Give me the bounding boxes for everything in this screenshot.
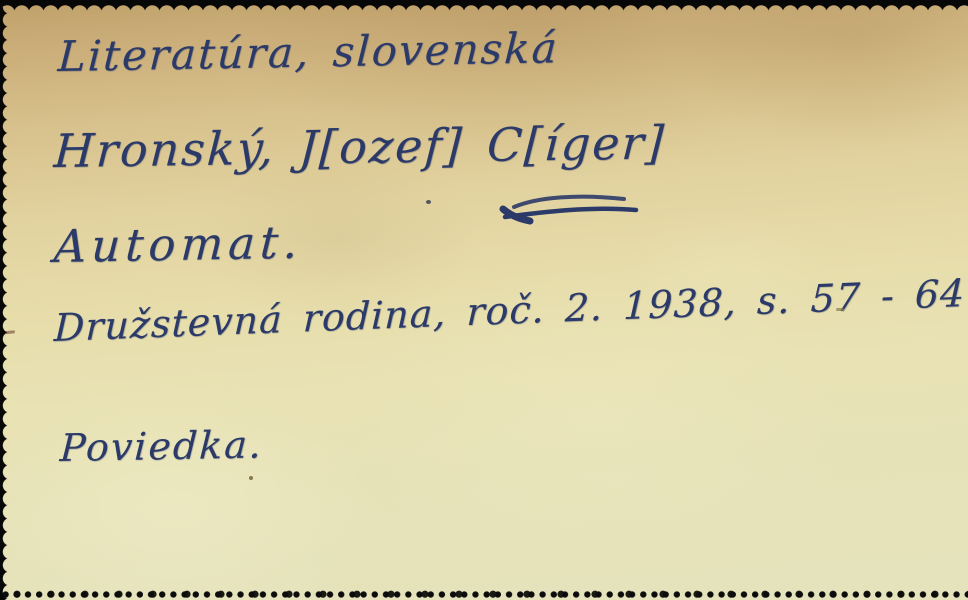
perforation-holes-bottom: [0, 590, 968, 599]
perforated-top-edge: [0, 0, 968, 13]
catalog-card-scan: Literatúra, slovenská Hronský, J[ozef] C…: [0, 0, 968, 600]
genre-line: Poviedka.: [59, 422, 264, 470]
subject-heading-line: Literatúra, slovenská: [57, 23, 560, 81]
paper-speck: [249, 476, 253, 480]
title-line: Automat.: [53, 216, 304, 273]
paper-speck: [836, 308, 844, 311]
perforated-left-edge: [0, 0, 10, 600]
ink-speck: [426, 200, 431, 204]
source-citation-line: Družstevná rodina, roč. 2. 1938, s. 57 -…: [53, 271, 966, 350]
author-line: Hronský, J[ozef] C[íger]: [52, 115, 667, 178]
underline-mark: [496, 188, 646, 230]
